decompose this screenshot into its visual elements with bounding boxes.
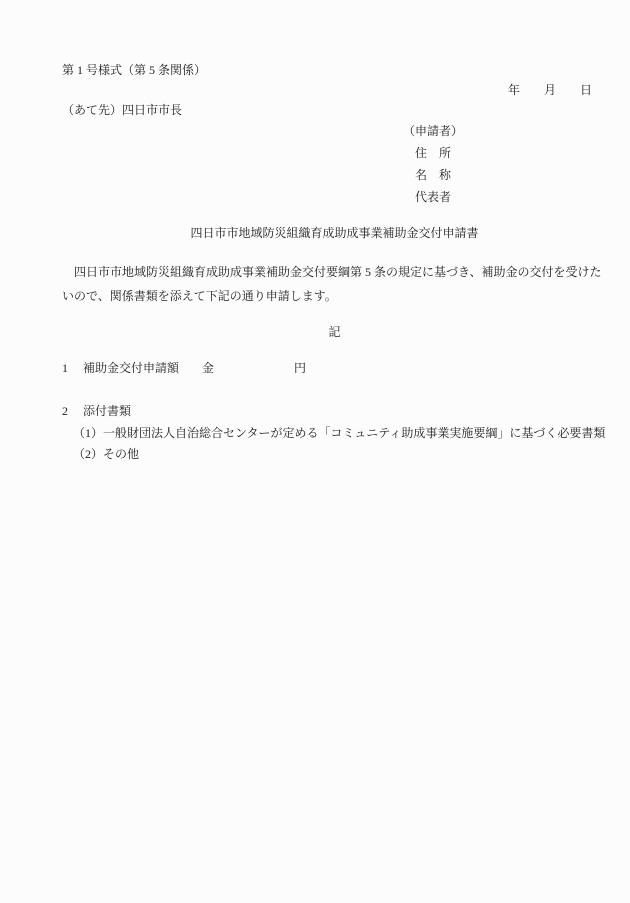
document-title: 四日市市地域防災組織育成助成事業補助金交付申請書: [62, 223, 607, 243]
item-number-2: 2: [62, 404, 68, 418]
month-label: 月: [544, 83, 556, 97]
applicant-address-label: 住 所: [403, 142, 607, 164]
item-number-1: 1: [62, 361, 68, 375]
application-amount-item: 1補助金交付申請額金円: [62, 358, 607, 378]
applicant-name-label: 名 称: [403, 164, 607, 186]
day-label: 日: [580, 83, 592, 97]
form-number: 第 1 号様式（第 5 条関係）: [62, 60, 607, 80]
currency-unit: 円: [294, 361, 306, 375]
applicant-representative-label: 代表者: [403, 186, 607, 208]
attachments-item: 2添付書類 （1）一般財団法人自治総合センターが定める「コミュニティ助成事業実施…: [62, 401, 607, 466]
addressee: （あて先）四日市市長: [62, 100, 607, 120]
applicant-block: （申請者） 住 所 名 称 代表者: [403, 120, 607, 208]
attachments-heading: 2添付書類: [62, 401, 607, 423]
application-amount-label: 補助金交付申請額: [83, 361, 179, 375]
body-paragraph: 四日市市地域防災組織育成助成事業補助金交付要綱第 5 条の規定に基づき、補助金の…: [62, 260, 607, 308]
year-label: 年: [508, 83, 520, 97]
attachment-sub-item-1: （1）一般財団法人自治総合センターが定める「コミュニティ助成事業実施要綱」に基づ…: [62, 423, 607, 445]
date-line: 年月日: [62, 80, 592, 100]
attachment-sub-item-2: （2）その他: [62, 444, 607, 466]
applicant-heading: （申請者）: [403, 120, 607, 142]
record-marker: 記: [62, 322, 607, 342]
document-page: 第 1 号様式（第 5 条関係） 年月日 （あて先）四日市市長 （申請者） 住 …: [0, 0, 630, 903]
currency-prefix: 金: [202, 361, 214, 375]
attachments-label: 添付書類: [83, 404, 131, 418]
